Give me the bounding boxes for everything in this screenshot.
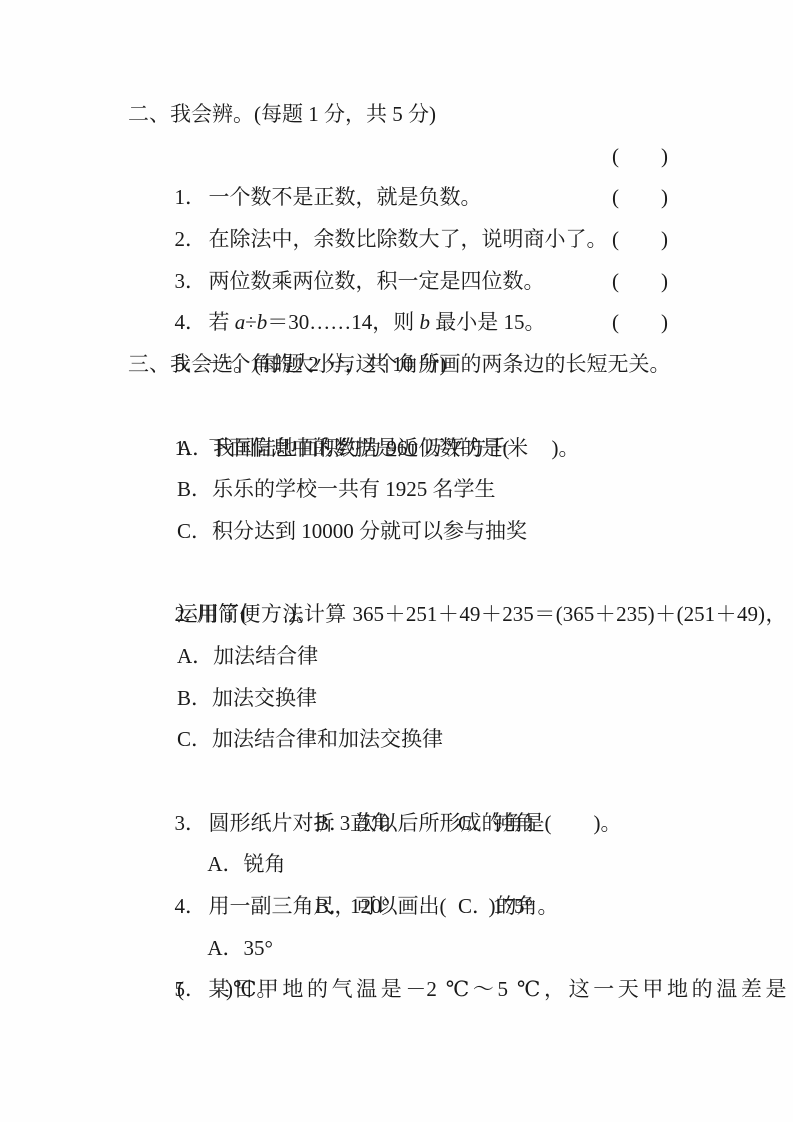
answer-paren: ( ) xyxy=(612,136,668,178)
tf-question-4: 4．若 a÷b＝30……14，则 b 最小是 15。 ( ) xyxy=(0,261,793,303)
mc2-option-a: A．加法结合律 xyxy=(0,636,793,678)
mc4-options-row: A．35° B．120° C．175° xyxy=(0,886,793,928)
mc-question-5: 5．某日甲地的气温是－2 ℃～5 ℃，这一天甲地的温差是 xyxy=(0,928,793,970)
mc2-option-c: C．加法结合律和加法交换律 xyxy=(0,719,793,761)
section-3-header: 三、我会选。(每题 2 分，共 10 分) xyxy=(0,344,793,386)
section-2-header: 二、我会辨。(每题 1 分，共 5 分) xyxy=(0,94,793,136)
mc3-option-b: B．直角 xyxy=(315,803,392,845)
mc-question-2-continuation: 运用了( )。 xyxy=(0,594,793,636)
tf-question-2: 2．在除法中，余数比除数大了，说明商小了。 ( ) xyxy=(0,177,793,219)
mc-question-2: 2.用简便方法计算 365＋251＋49＋235＝(365＋235)＋(251＋… xyxy=(0,553,793,595)
exam-page: 二、我会辨。(每题 1 分，共 5 分) 1．一个数不是正数，就是负数。 ( )… xyxy=(0,0,793,1122)
mc-question-5-continuation: ( )℃。 xyxy=(0,969,793,1011)
answer-paren: ( ) xyxy=(612,261,668,303)
answer-paren: ( ) xyxy=(612,177,668,219)
mc-question-4: 4．用一副三角尺，可以画出( )的角。 xyxy=(0,844,793,886)
mc4-option-b: B．120° xyxy=(315,886,390,928)
answer-paren: ( ) xyxy=(612,219,668,261)
mc1-option-c: C．积分达到 10000 分就可以参与抽奖 xyxy=(0,511,793,553)
mc2-option-b: B．加法交换律 xyxy=(0,678,793,720)
answer-paren: ( ) xyxy=(612,302,668,344)
page-content: 二、我会辨。(每题 1 分，共 5 分) 1．一个数不是正数，就是负数。 ( )… xyxy=(0,94,793,1011)
mc1-option-a: A．我国陆地面积约为 960 万平方千米 xyxy=(0,428,793,470)
tf-question-1: 1．一个数不是正数，就是负数。 ( ) xyxy=(0,136,793,178)
mc-question-3: 3．圆形纸片对折 3 次以后所形成的角是( )。 xyxy=(0,761,793,803)
mc3-option-c: C．钝角 xyxy=(458,803,535,845)
mc3-options-row: A．锐角 B．直角 C．钝角 xyxy=(0,803,793,845)
tf-question-3: 3．两位数乘两位数，积一定是四位数。 ( ) xyxy=(0,219,793,261)
tf-question-5: 5．一个角的大小与这个角所画的两条边的长短无关。 ( ) xyxy=(0,302,793,344)
mc-question-1: 1．下面信息中的数据是近似数的是( )。 xyxy=(0,386,793,428)
mc1-option-b: B．乐乐的学校一共有 1925 名学生 xyxy=(0,469,793,511)
mc4-option-c: C．175° xyxy=(458,886,533,928)
